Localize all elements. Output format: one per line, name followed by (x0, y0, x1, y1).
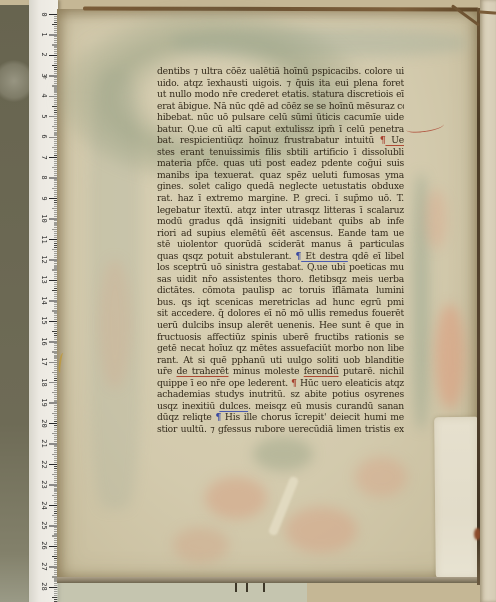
ruler-number: 25 (39, 520, 48, 531)
ruler-number: 0 (39, 9, 48, 20)
manuscript-line: gines. solet caligo quedā neglecte uetus… (157, 181, 404, 193)
manuscript-line: stior uultū. ⁊ gfessus rubore uerecūdiā … (157, 424, 404, 436)
ruler-number: 2 (39, 49, 48, 60)
ruler-number: 13 (39, 274, 48, 285)
text-segment: stes erant tenuissimis filis sbtili arti… (157, 147, 404, 158)
text-segment: modū gradus qd̄ā insigniti uidebant̄ qui… (157, 216, 404, 227)
rubricated-segment: dulces (219, 401, 248, 412)
manuscript-line: batur. Q.ue cū altī caput extulissz ipm̄… (157, 124, 404, 136)
manuscript-line: rat. haz ī extremo margine. P. greci. ī … (157, 193, 404, 205)
ochre-marginal-mark (58, 353, 68, 374)
manuscript-line: modū gradus qd̄ā insigniti uidebant̄ qui… (157, 216, 404, 228)
manuscript-line: bat. respicientiūqz hoīnuz frustrabatur … (157, 135, 404, 147)
manuscript-line: sit accedere. q̄ dolores eī nō mō ullis … (157, 308, 404, 320)
text-segment: legebatur ītextū. atqz inter utrasqz lit… (157, 205, 404, 216)
text-segment: riori ad supius elemētū ēēt ascensus. Ea… (157, 228, 404, 239)
text-segment: quas qsqz potuit abstulerant. (157, 251, 296, 262)
edge-ink-mark (263, 583, 265, 592)
text-segment: qd̄ē eī libel (348, 251, 404, 262)
text-segment: stior uultū. ⁊ gfessus rubore uerecūdiā … (157, 424, 404, 435)
ruler-number: 22 (39, 459, 48, 470)
ruler-number: 9 (39, 193, 48, 204)
text-segment: putarē. nichil (339, 366, 404, 377)
red-marginal-mark (406, 120, 445, 134)
ruler-number: 7 (39, 152, 48, 163)
manuscript-line: dentibs ⁊ ultra cōēz ualētiā hoīnū pspic… (157, 66, 404, 78)
ruler-number: 14 (39, 295, 48, 306)
showthrough-right-sprig (413, 174, 429, 429)
ruler-emblem-icon: ⚜ (41, 75, 48, 80)
manuscript-line: dictātes. cōmota paulisp ac toruis īflām… (157, 285, 404, 297)
showthrough-blob (173, 527, 229, 563)
text-segment: gines. solet caligo quedā neglecte uetus… (157, 181, 404, 192)
manuscript-line: riori ad supius elemētū ēēt ascensus. Ea… (157, 228, 404, 240)
text-segment: dentibs ⁊ ultra cōēz ualētiā hoīnū pspic… (157, 66, 404, 77)
ruler-number: 19 (39, 397, 48, 408)
ruler-number: 26 (39, 540, 48, 551)
manuscript-line: stē uiolentor quorūdā sciderāt manus ā p… (157, 239, 404, 251)
text-segment: quippe ī eo nr̄e ope lederent. (157, 378, 291, 389)
manuscript-line: bus. qs iqt scenicas meretriclas ad hunc… (157, 297, 404, 309)
text-segment: materia pfc̄e. quas uti post eadez pdent… (157, 158, 404, 169)
text-segment: dūqz reliqte (157, 412, 215, 423)
manuscript-line: legebatur ītextū. atqz inter utrasqz lit… (157, 205, 404, 217)
edge-ink-mark (235, 583, 237, 592)
manuscript-line: ur̄e de traherēt minus moleste ferendū p… (157, 366, 404, 378)
text-segment: rant. At si quē pphanū uti uulgo soliti … (157, 355, 404, 366)
rubricated-segment: Ue (385, 135, 404, 146)
showthrough-blob (205, 477, 267, 519)
ruler-number: 5 (39, 111, 48, 122)
ruler-number: 17 (39, 356, 48, 367)
manuscript-line: uido. atqz īexhausti uigois. ⁊ q̄uis ita… (157, 78, 404, 90)
text-segment: fructuosis affectiūz spinis uberē fructi… (157, 332, 404, 343)
repair-patch (434, 417, 479, 579)
ruler-number: 4 (39, 90, 48, 101)
ruler-number: 20 (39, 418, 48, 429)
ruler-number: 11 (39, 234, 48, 245)
showthrough-blob (285, 507, 357, 553)
text-segment: batur. Q.ue cū altī caput extulissz ipm̄… (157, 124, 404, 135)
text-segment: usqz inexitiū (157, 401, 219, 412)
text-segment: ut nullo modo nr̄e crederet̄ etatis. sta… (157, 89, 404, 100)
showthrough-blob (253, 437, 313, 471)
ruler-number: 28 (39, 581, 48, 592)
ruler-number: 8 (39, 172, 48, 183)
ruler-number: 15 (39, 315, 48, 326)
next-leaf-edge (480, 0, 496, 602)
text-segment: uido. atqz īexhausti uigois. ⁊ q̄uis ita… (157, 78, 404, 89)
ruler-number: 1 (39, 29, 48, 40)
text-segment: los sceptrū uō sinistra gestabat. Q.ue u… (157, 262, 404, 273)
text-block: dentibs ⁊ ultra cōēz ualētiā hoīnū pspic… (157, 66, 404, 436)
manuscript-line: los sceptrū uō sinistra gestabat. Q.ue u… (157, 262, 404, 274)
manuscript-line: manibs ipa texuerat. quaz spēz ueluti fu… (157, 170, 404, 182)
ruler-number: 23 (39, 479, 48, 490)
parchment-slit (268, 476, 300, 537)
manuscript-line: materia pfc̄e. quas uti post eadez pdent… (157, 158, 404, 170)
manuscript-line: getē necat hoīuz qz mētes assuefaciūt mo… (157, 343, 404, 355)
text-segment: getē necat hoīuz qz mētes assuefaciūt mo… (157, 343, 404, 354)
ruler: 0123456789101112131415161718192021222324… (29, 0, 58, 602)
text-segment: achademias studys inutritū. sz abite pot… (157, 389, 404, 400)
manuscript-line: achademias studys inutritū. sz abite pot… (157, 389, 404, 401)
text-segment: sas uidit nr̄o assistentes thoro. fletib… (157, 274, 404, 285)
page-top-edge (83, 6, 479, 11)
manuscript-line: hibebat. nūc uō pulsare celū sūmi ūticis… (157, 112, 404, 124)
ruler-number: 6 (39, 131, 48, 142)
rubricated-segment: ferendū (304, 366, 339, 377)
manuscript-line: stes erant tenuissimis filis sbtili arti… (157, 147, 404, 159)
text-segment: bus. qs iqt scenicas meretriclas ad hunc… (157, 297, 404, 308)
rubricated-segment: Et destra (301, 251, 348, 262)
manuscript-line: ut nullo modo nr̄e crederet̄ etatis. sta… (157, 89, 404, 101)
text-segment: minus moleste (228, 366, 303, 377)
rubricated-segment: de traherēt (177, 366, 229, 377)
backdrop-bottom-tint (57, 583, 307, 602)
ruler-number: 12 (39, 254, 48, 265)
manuscript-line: erat ābigue. Nā nūc qd̄ē ad cōēz se se h… (157, 101, 404, 113)
ruler-number: 24 (39, 500, 48, 511)
text-segment: stē uiolentor quorūdā sciderāt manus ā p… (157, 239, 404, 250)
text-segment: His ille chorus īcrepit' deiecit humi me (221, 412, 404, 423)
manuscript-page: dentibs ⁊ ultra cōēz ualētiā hoīnū pspic… (57, 9, 478, 581)
ruler-number: 10 (39, 213, 48, 224)
text-segment: uerū dulcibs insup alerēt uenenis. Hee s… (157, 320, 404, 331)
edge-ink-mark (246, 583, 248, 592)
manuscript-line: rant. At si quē pphanū uti uulgo soliti … (157, 355, 404, 367)
showthrough-right-sprig-pink2 (425, 189, 447, 249)
text-segment: ur̄e (157, 366, 177, 377)
text-segment: hibebat. nūc uō pulsare celū sūmi ūticis… (157, 112, 404, 123)
text-segment: . meisqz eū musis curandū sanan (248, 401, 404, 412)
showthrough-left-pink (99, 259, 131, 389)
showthrough-right-sprig-pink (435, 304, 465, 409)
text-segment: rat. haz ī extremo margine. P. greci. ī … (157, 193, 404, 204)
manuscript-line: dūqz reliqte ¶ His ille chorus īcrepit' … (157, 412, 404, 424)
manuscript-line: sas uidit nr̄o assistentes thoro. fletib… (157, 274, 404, 286)
text-segment: sit accedere. q̄ dolores eī nō mō ullis … (157, 308, 404, 319)
ruler-number: 18 (39, 377, 48, 388)
text-segment: dictātes. cōmota paulisp ac toruis īflām… (157, 285, 404, 296)
text-segment: manibs ipa texuerat. quaz spēz ueluti fu… (157, 170, 404, 181)
text-segment: erat ābigue. Nā nūc qd̄ē ad cōēz se se h… (157, 101, 404, 112)
manuscript-line: uerū dulcibs insup alerēt uenenis. Hee s… (157, 320, 404, 332)
text-segment: bat. respicientiūqz hoīnuz frustrabatur … (157, 135, 380, 146)
showthrough-blob (355, 457, 407, 497)
manuscript-line: quas qsqz potuit abstulerant. ¶ Et destr… (157, 251, 404, 263)
manuscript-line: quippe ī eo nr̄e ope lederent. ¶ Hūc uer… (157, 378, 404, 390)
ruler-number: 27 (39, 561, 48, 572)
manuscript-line: usqz inexitiū dulces. meisqz eū musis cu… (157, 401, 404, 413)
ruler-number: 16 (39, 336, 48, 347)
manuscript-line: fructuosis affectiūz spinis uberē fructi… (157, 332, 404, 344)
ruler-number: 21 (39, 438, 48, 449)
manuscript-photo: 0123456789101112131415161718192021222324… (0, 0, 496, 602)
text-segment: Hūc uero eleaticis atqz (297, 378, 404, 389)
